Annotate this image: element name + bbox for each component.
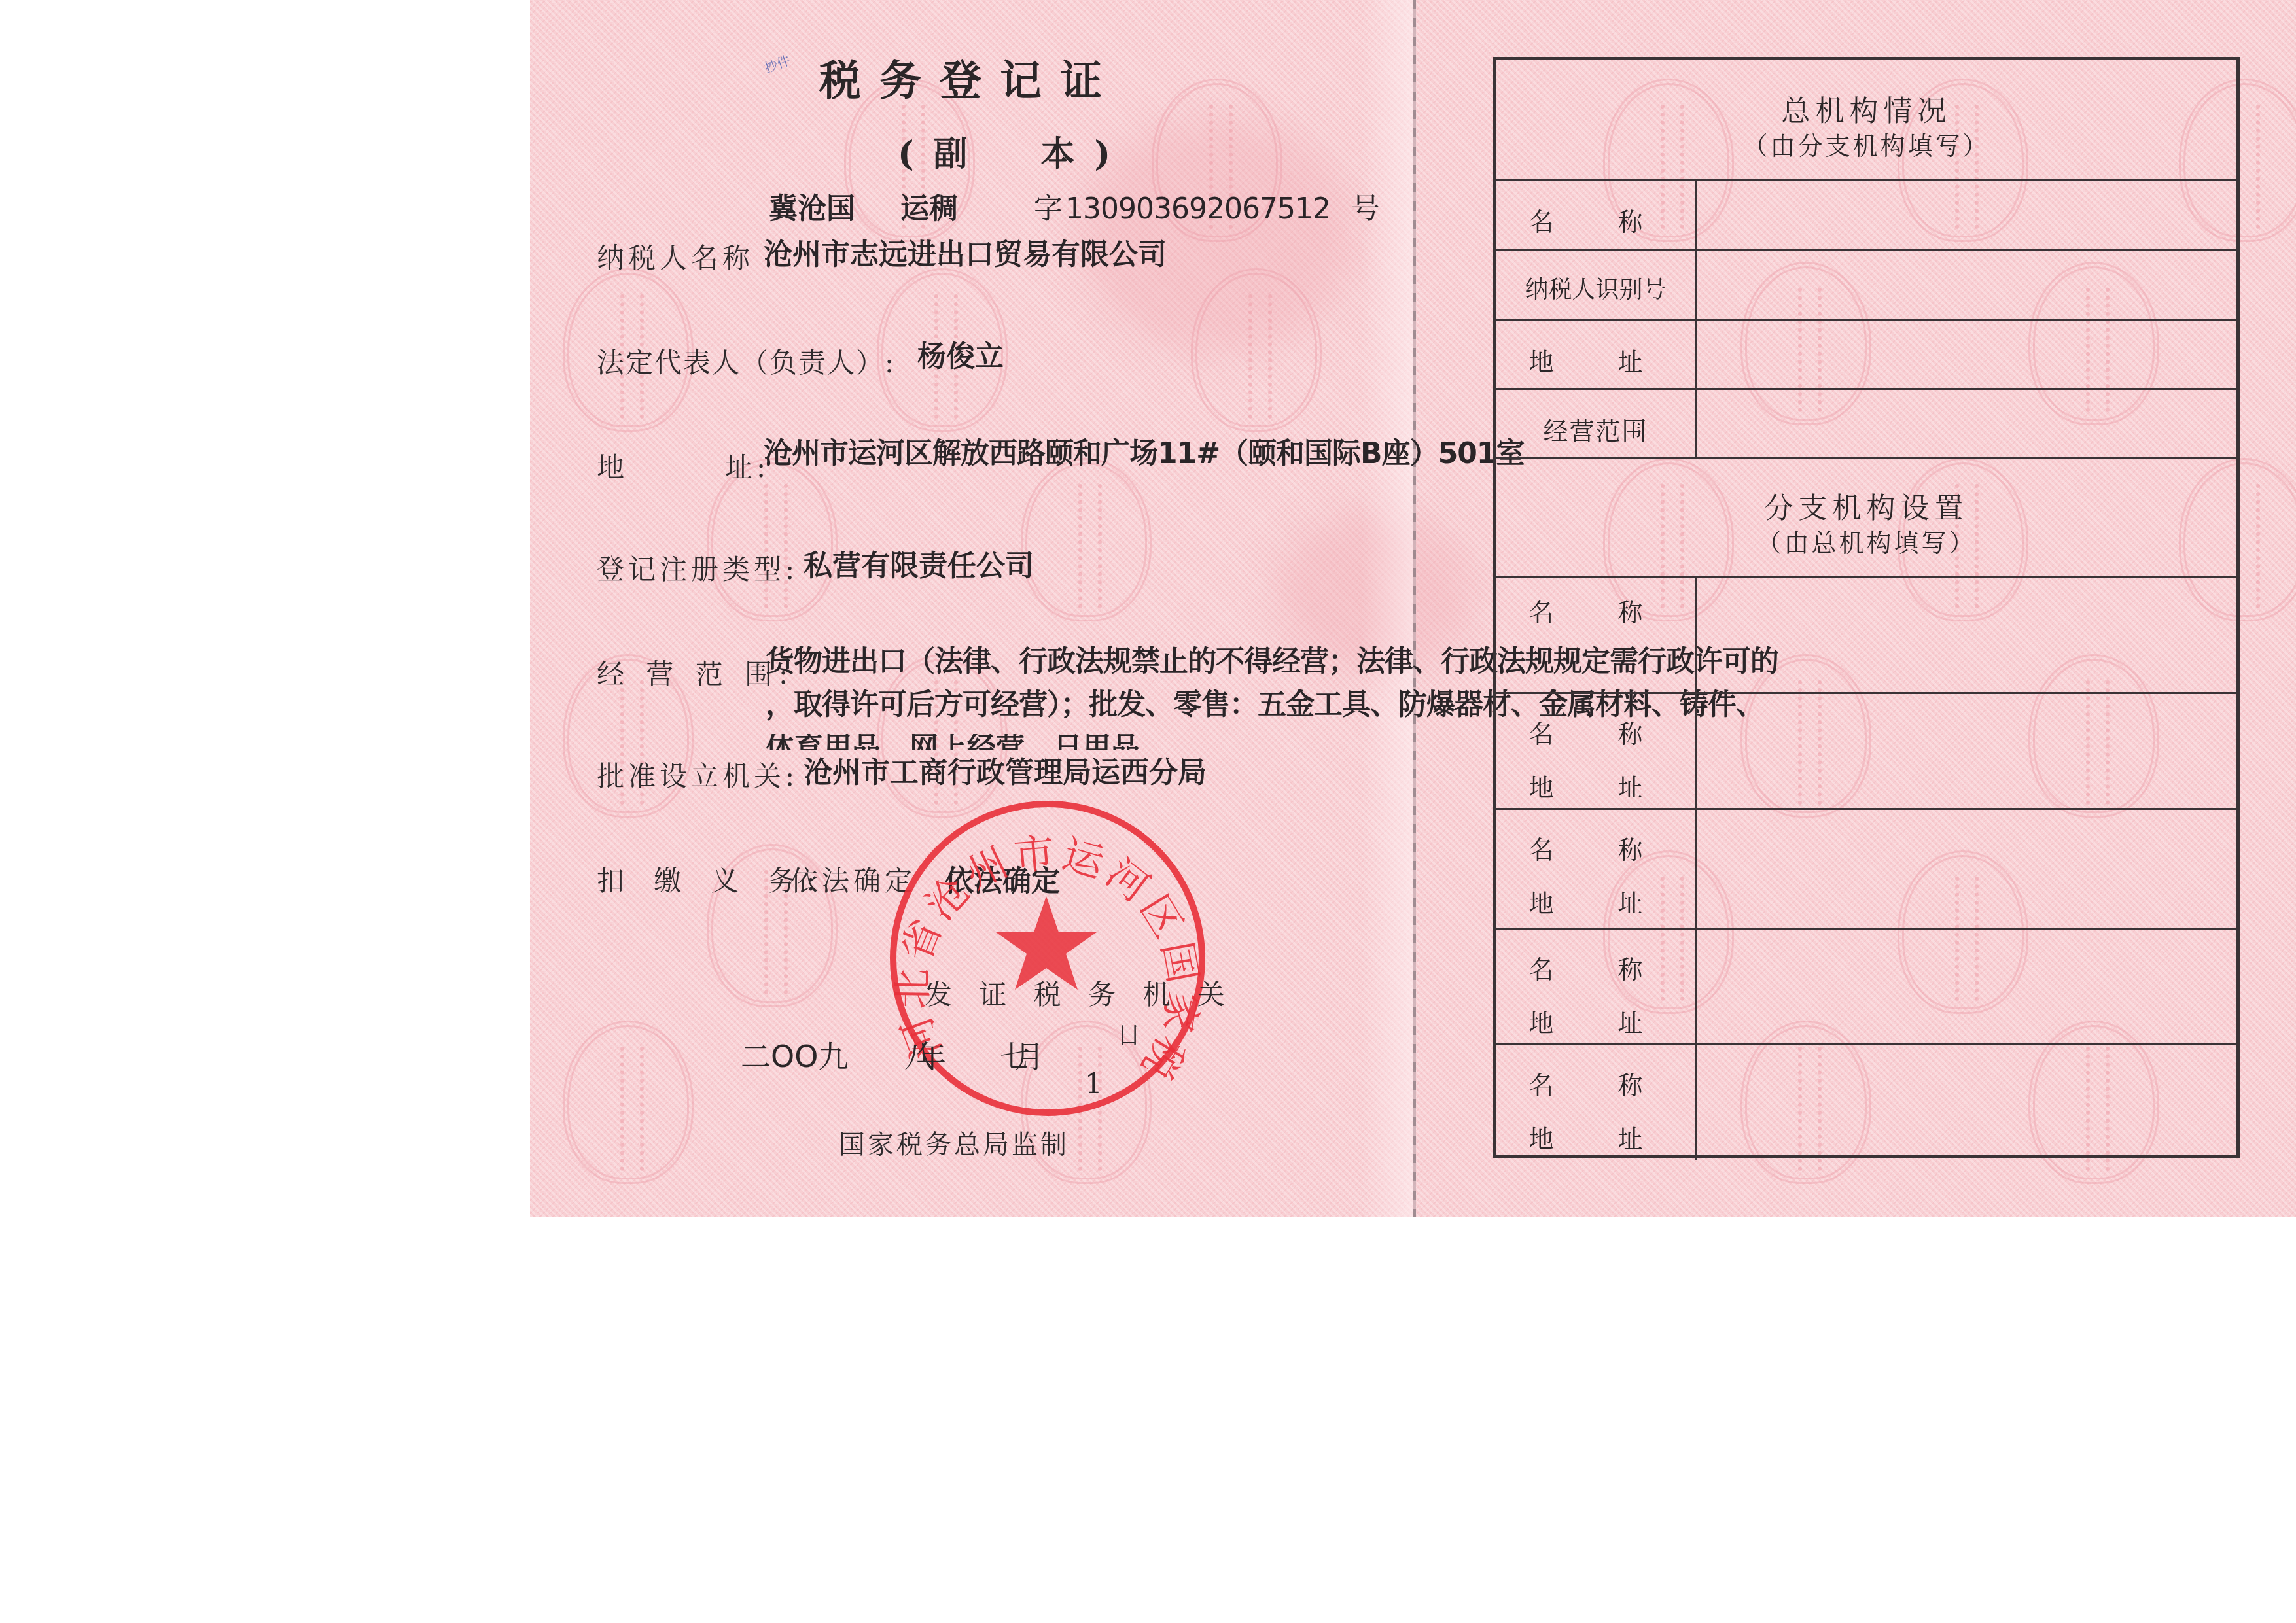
certificate-title: 税务登记证 xyxy=(819,60,1120,102)
head-office-scope-cell[interactable] xyxy=(1697,390,2236,459)
registration-type-label: 登记注册类型: xyxy=(597,556,798,584)
supervision-note: 国家税务总局监制 xyxy=(839,1132,1069,1158)
number-prefix: 冀沧国 xyxy=(769,195,855,224)
approval-authority-value: 沧州市工商行政管理局运西分局 xyxy=(804,759,1207,788)
organization-table: 总机构情况 （由分支机构填写） 名 称 纳税人识别号 地 址 经营范围 分支机构… xyxy=(1493,57,2240,1158)
certificate-subtitle: (副 本) xyxy=(898,137,1130,171)
branch-row: 名 称 地 址 xyxy=(1496,1043,2236,1160)
head-office-address-cell[interactable] xyxy=(1697,321,2236,390)
head-office-row-name: 名 称 xyxy=(1496,179,2236,251)
branch-row: 名 称 地 址 xyxy=(1496,808,2236,930)
legal-representative-label: 法定代表人（负责人）: xyxy=(597,349,895,377)
address-label-left: 地 xyxy=(597,454,628,481)
branch-cell[interactable] xyxy=(1697,810,2236,930)
branch-name-label: 名 称 xyxy=(1496,949,1695,985)
branch-address-label: 地 址 xyxy=(1496,1003,1695,1039)
branches-header: 分支机构设置 （由总机构填写） xyxy=(1496,457,2236,578)
withholding-printed-value: 依法确定 xyxy=(790,867,916,895)
head-office-row-scope: 经营范围 xyxy=(1496,388,2236,459)
watermark-emblem xyxy=(1021,458,1152,621)
number-code: 运稠 xyxy=(900,195,958,224)
head-office-row-address: 地 址 xyxy=(1496,319,2236,390)
tax-registration-number: 130903692067512 xyxy=(1065,195,1330,224)
branch-name-label: 名 称 xyxy=(1496,1065,1695,1101)
head-office-row-taxid: 纳税人识别号 xyxy=(1496,249,2236,321)
branch-cell[interactable] xyxy=(1697,578,2236,694)
number-hao-label: 号 xyxy=(1351,195,1380,224)
issuing-authority-label: 发 证 税 务 机 关 xyxy=(925,981,1234,1009)
head-office-taxid-label: 纳税人识别号 xyxy=(1496,271,1695,305)
head-office-scope-label: 经营范围 xyxy=(1496,411,1695,447)
head-office-title: 总机构情况 xyxy=(1496,88,2236,130)
approval-authority-label: 批准设立机关: xyxy=(597,763,798,790)
date-year-unit: 年 xyxy=(916,1041,946,1072)
branch-cell[interactable] xyxy=(1697,930,2236,1045)
head-office-note: （由分支机构填写） xyxy=(1496,126,2236,162)
withholding-value: 依法确定 xyxy=(945,867,1060,896)
number-zi-label: 字 xyxy=(1034,195,1063,224)
date-year: 二OO九 xyxy=(741,1041,848,1072)
binding-stitch xyxy=(1413,0,1416,1217)
head-office-taxid-cell[interactable] xyxy=(1697,251,2236,321)
watermark-emblem xyxy=(1191,268,1322,432)
head-office-name-cell[interactable] xyxy=(1697,181,2236,251)
branches-title: 分支机构设置 xyxy=(1496,485,2236,527)
taxpayer-name-value: 沧州市志远进出口贸易有限公司 xyxy=(764,241,1167,270)
legal-representative-value: 杨俊立 xyxy=(917,343,1004,372)
branch-name-label: 名 称 xyxy=(1496,714,1695,750)
address-label-right: 址: xyxy=(725,454,769,481)
branches-note: （由总机构填写） xyxy=(1496,523,2236,559)
date-day: 1 xyxy=(1085,1070,1103,1098)
taxpayer-name-label: 纳税人名称 xyxy=(597,245,754,272)
branch-name-label: 名 称 xyxy=(1496,592,1695,628)
branch-row: 名 称 xyxy=(1496,576,2236,694)
head-office-address-label: 地 址 xyxy=(1496,341,1695,377)
business-scope-label: 经 营 范 围: xyxy=(597,661,794,688)
branch-row: 名 称 地 址 xyxy=(1496,928,2236,1045)
head-office-header: 总机构情况 （由分支机构填写） xyxy=(1496,60,2236,179)
branch-address-label: 地 址 xyxy=(1496,883,1695,919)
branch-cell[interactable] xyxy=(1697,1045,2236,1160)
branch-cell[interactable] xyxy=(1697,694,2236,810)
address-value: 沧州市运河区解放西路颐和广场11#（颐和国际B座）501室 xyxy=(764,440,1524,468)
branch-row: 名 称 地 址 xyxy=(1496,692,2236,810)
date-day-unit: 日 xyxy=(1117,1024,1144,1048)
binding-shadow xyxy=(1361,0,1413,1217)
date-month-unit: 月 xyxy=(1014,1041,1044,1072)
branch-address-label: 地 址 xyxy=(1496,1119,1695,1155)
head-office-name-label: 名 称 xyxy=(1496,201,1695,237)
watermark-emblem xyxy=(563,1021,694,1184)
registration-type-value: 私营有限责任公司 xyxy=(804,552,1034,581)
branch-address-label: 地 址 xyxy=(1496,767,1695,803)
branch-name-label: 名 称 xyxy=(1496,829,1695,865)
